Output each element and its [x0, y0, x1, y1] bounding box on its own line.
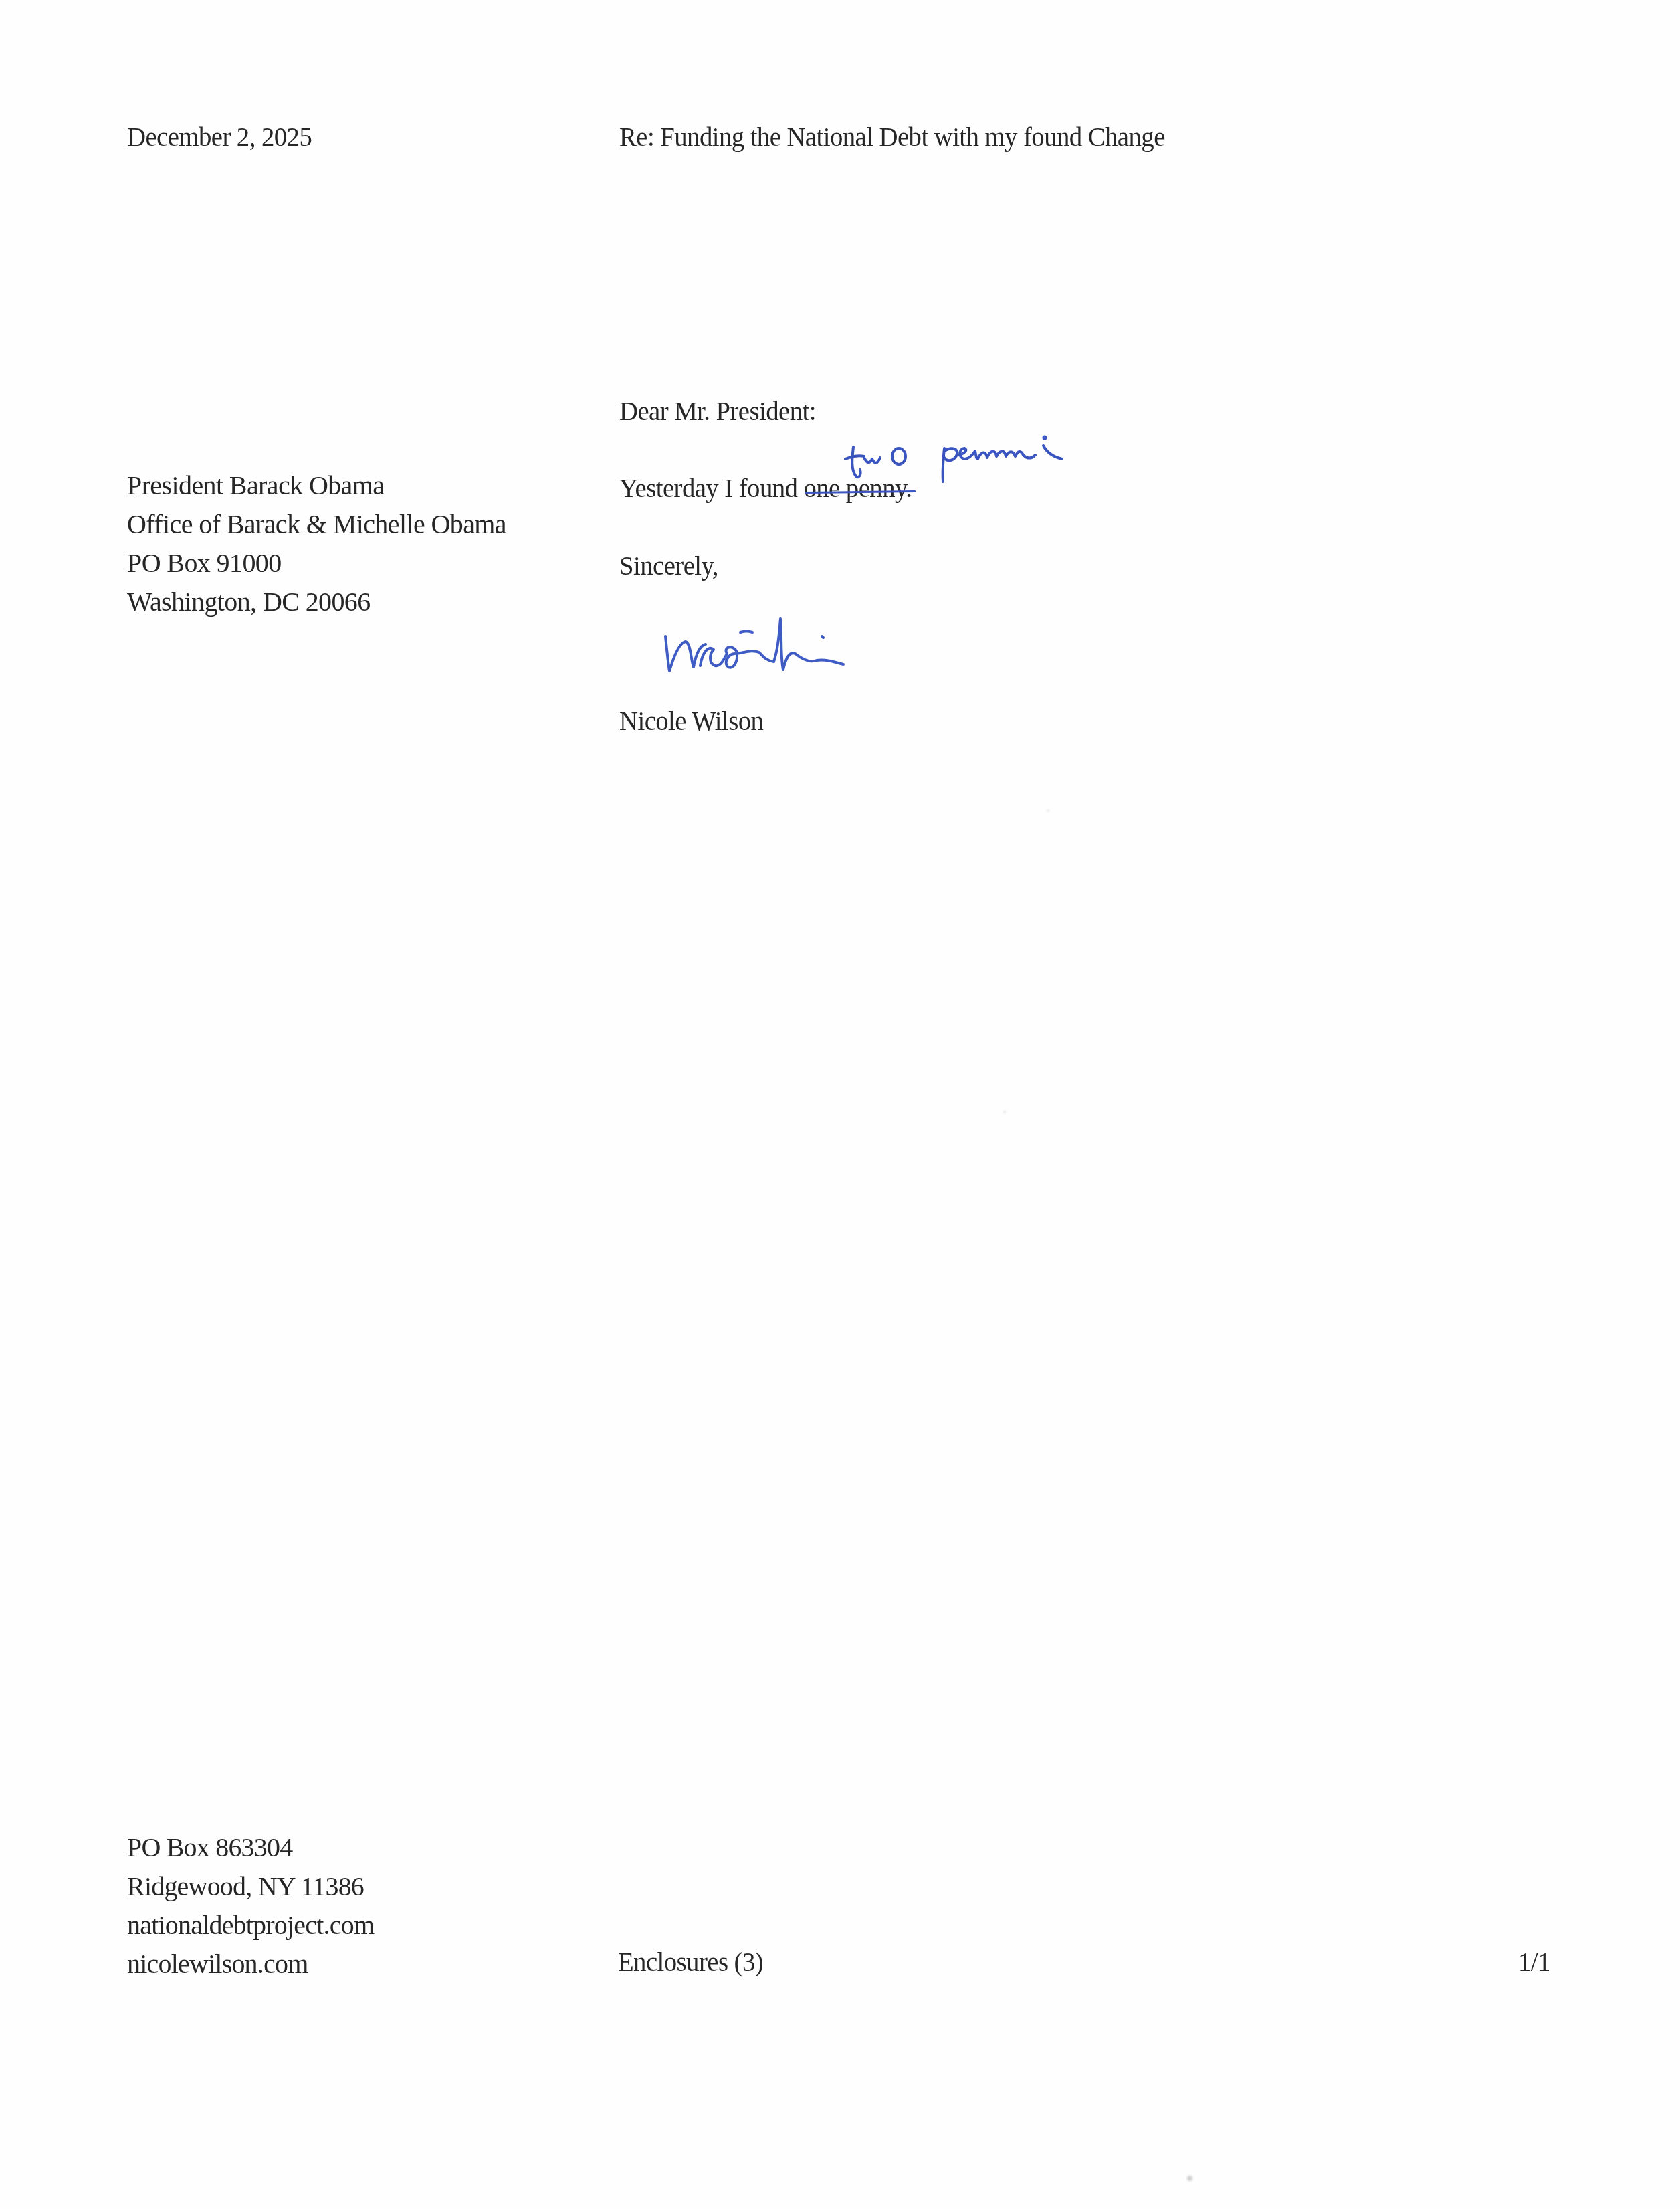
scan-speck — [1187, 2176, 1192, 2181]
handwritten-correction: two pennies — [844, 428, 1125, 488]
scan-speck — [1047, 809, 1049, 812]
recipient-po-box: PO Box 91000 — [127, 544, 506, 583]
recipient-address: President Barack Obama Office of Barack … — [127, 466, 506, 621]
recipient-name: President Barack Obama — [127, 466, 506, 505]
scan-speck — [1003, 1111, 1006, 1113]
page-number: 1/1 — [1518, 1942, 1550, 1982]
sender-po-box: PO Box 863304 — [127, 1828, 374, 1867]
salutation: Dear Mr. President: — [619, 391, 816, 431]
subject-line: Re: Funding the National Debt with my fo… — [619, 117, 1165, 157]
recipient-office: Office of Barack & Michelle Obama — [127, 505, 506, 544]
letter-date: December 2, 2025 — [127, 117, 312, 157]
closing: Sincerely, — [619, 546, 718, 586]
body-text: Yesterday I found — [619, 473, 803, 503]
enclosures-note: Enclosures (3) — [618, 1942, 763, 1982]
letter-page: December 2, 2025 Re: Funding the Nationa… — [0, 0, 1680, 2209]
sender-city-state-zip: Ridgewood, NY 11386 — [127, 1867, 374, 1906]
sender-website-personal[interactable]: nicolewilson.com — [127, 1945, 374, 1984]
sender-address: PO Box 863304 Ridgewood, NY 11386 nation… — [127, 1828, 374, 1984]
signer-name: Nicole Wilson — [619, 701, 763, 741]
sender-website-project[interactable]: nationaldebtproject.com — [127, 1906, 374, 1945]
signature: Nicole Wilson — [659, 605, 973, 682]
recipient-city-state-zip: Washington, DC 20066 — [127, 583, 506, 621]
